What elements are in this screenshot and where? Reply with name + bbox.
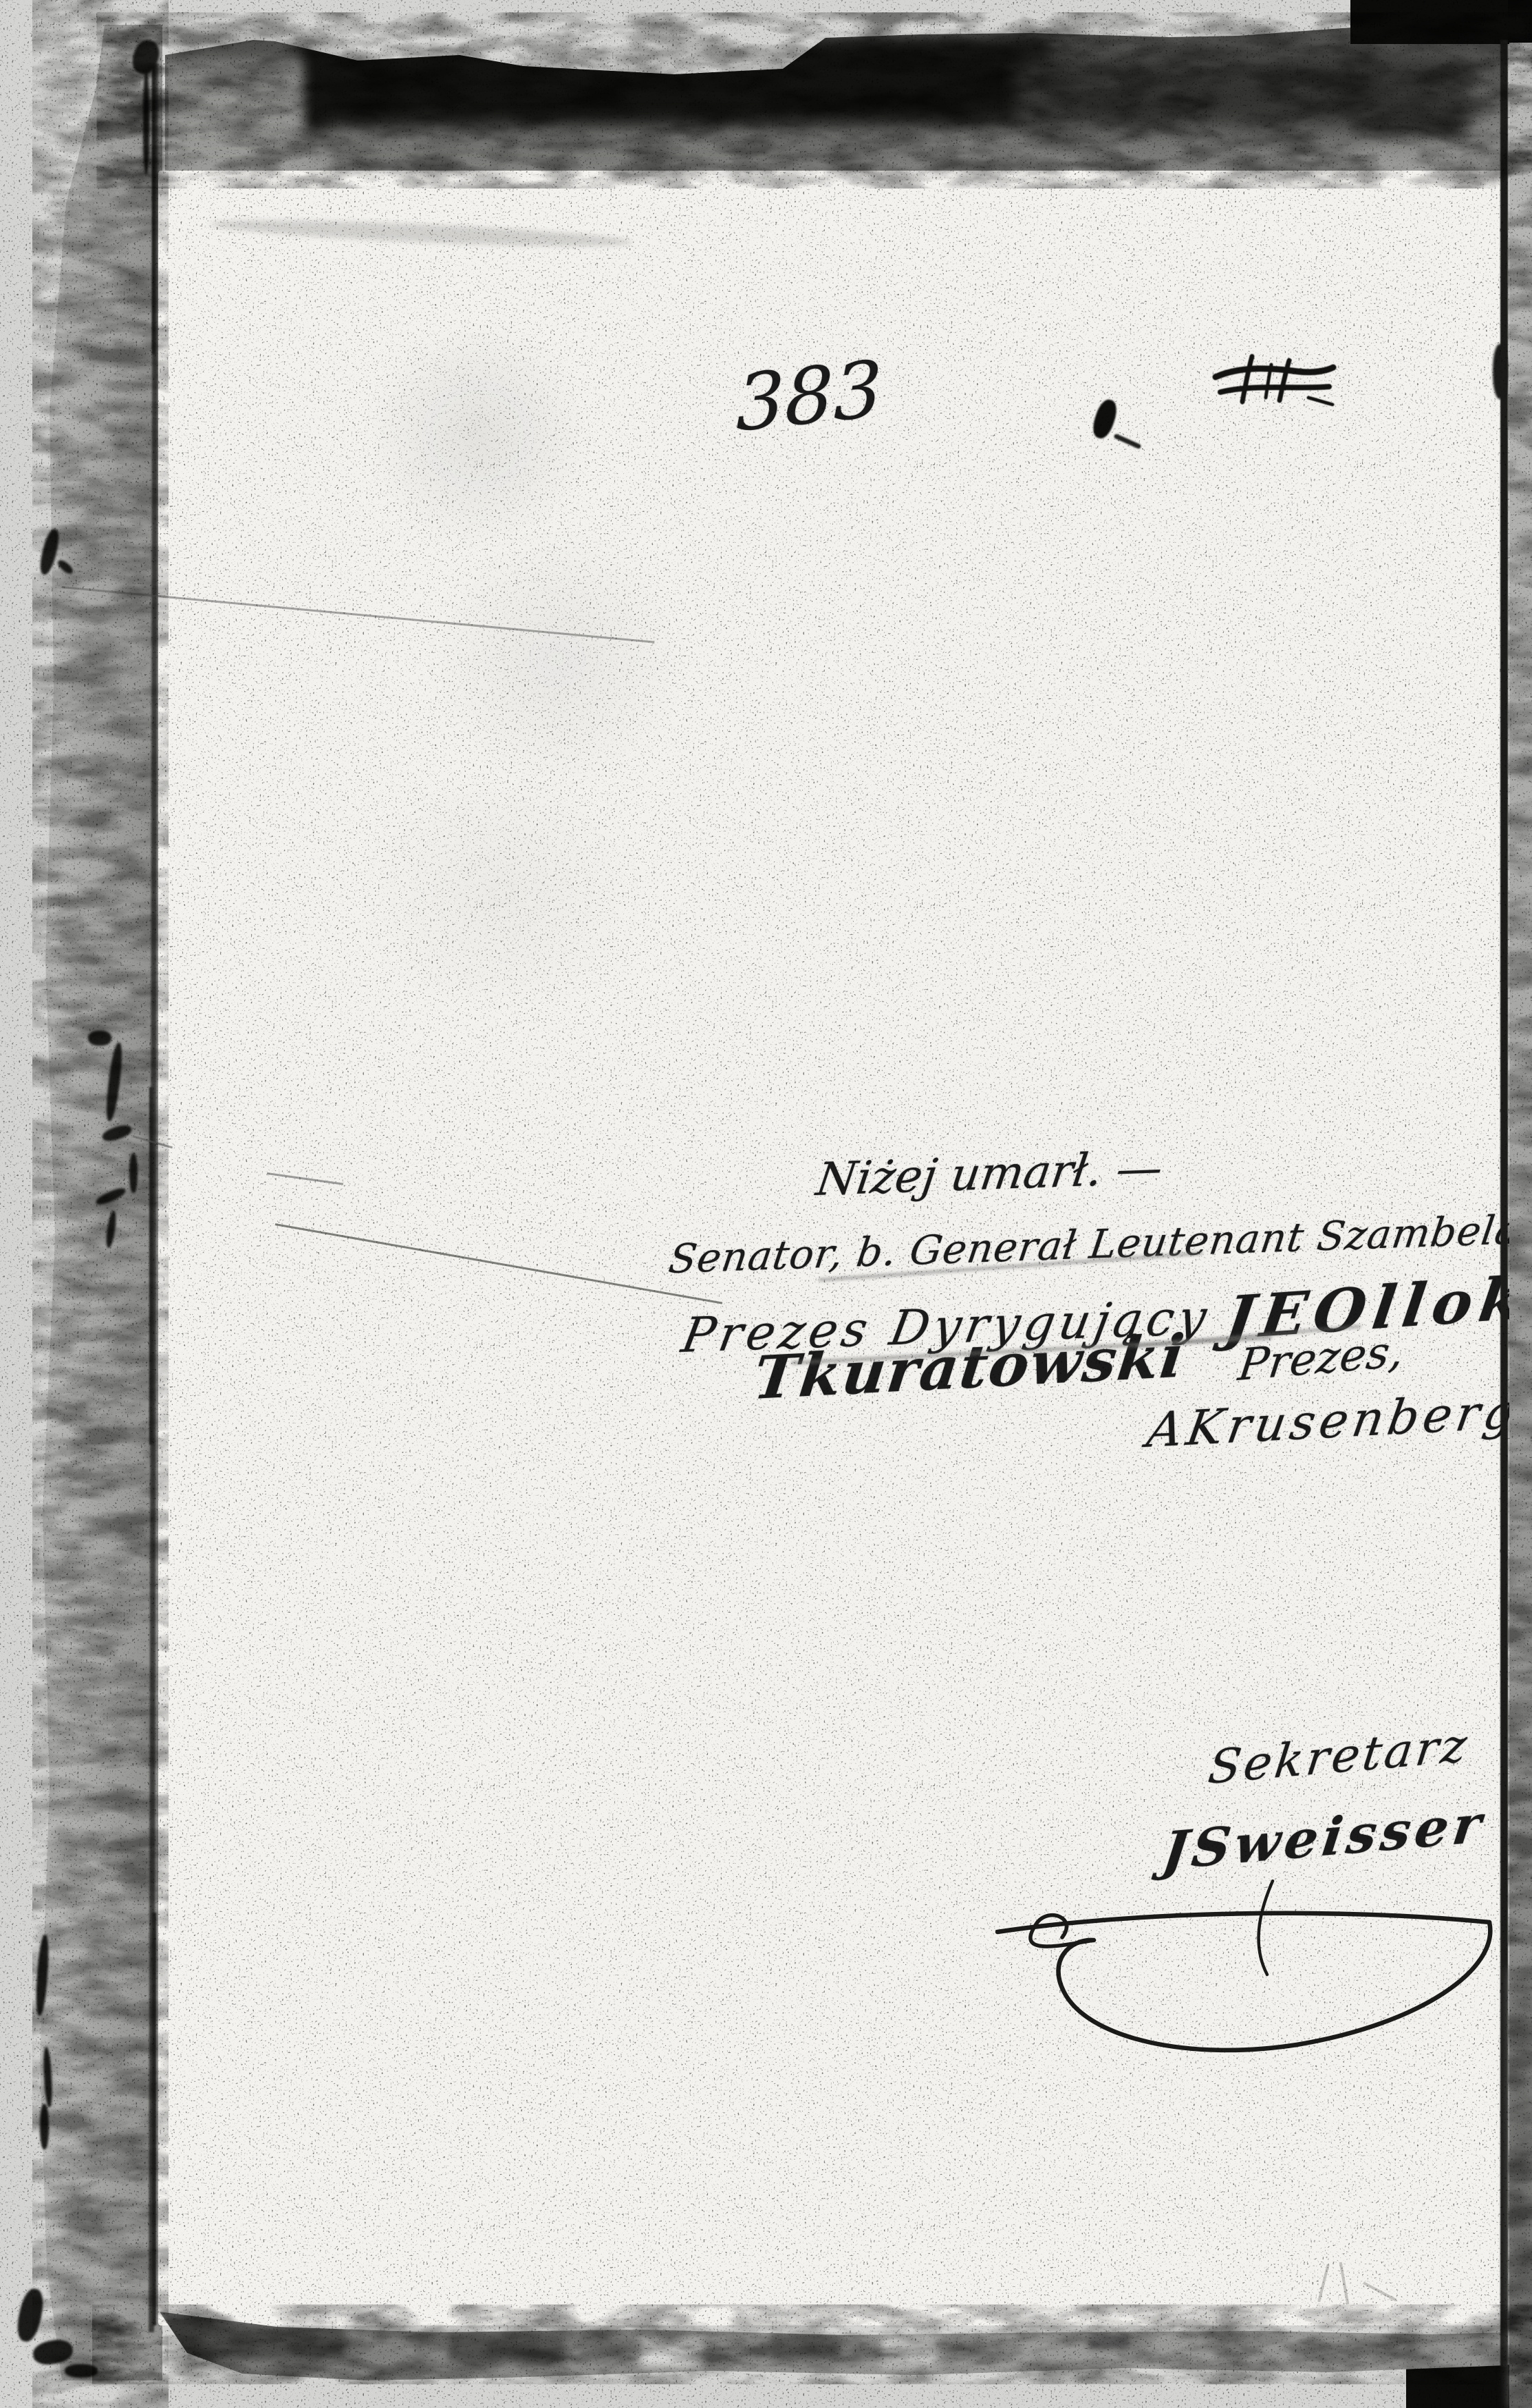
annotation-line: Niżej umarł. — (813, 1141, 1166, 1206)
stain-mark (65, 2364, 98, 2378)
scanned-document-photo: 383 Niżej umarł. — Senator, b. Generał L… (0, 0, 1532, 2408)
right-strip-dark-patch (1509, 1969, 1532, 2408)
bottom-edge-stain (201, 2324, 345, 2360)
right-edge-nick (1493, 344, 1508, 399)
top-binding-band (164, 21, 1505, 180)
title-line: Senator, b. Generał Leutenant Szambelan (666, 1205, 1532, 1282)
pencil-scribble (1363, 2281, 1397, 2301)
pencil-scratch (267, 1172, 343, 1185)
left-edge-crease-dark-3 (152, 1913, 156, 2325)
stain-mark (88, 1031, 111, 1046)
stain-mark (40, 2104, 49, 2149)
signature-flourish-paraph (977, 1878, 1500, 2064)
stain-mark (14, 2287, 47, 2344)
bleedthrough-stamp-ghost (365, 322, 592, 549)
pencil-scribble (1339, 2262, 1350, 2305)
secretary-role: Sekretarz (1205, 1719, 1472, 1795)
binding-shadow-dark (301, 40, 1051, 133)
secretary-signature: JSweisser (1159, 1793, 1489, 1882)
bleedthrough-stamp-ghost (427, 528, 688, 790)
bottom-edge-stain (1088, 2332, 1130, 2350)
bottom-edge-gap (641, 2339, 703, 2367)
bottom-edge-gap (882, 2336, 937, 2367)
pencil-scribble (1317, 2264, 1329, 2302)
bottom-edge-stain (772, 2334, 841, 2357)
bottom-edge-stain (449, 2331, 565, 2361)
stain-mark (129, 1153, 138, 1193)
page-number: 383 (736, 344, 883, 449)
crossed-out-scribble (1212, 351, 1336, 416)
photo-corner-black-bottom-right (1406, 2365, 1515, 2408)
photo-corner-black-top-right (1350, 0, 1532, 44)
right-photo-strip (1509, 43, 1532, 2408)
binding-light-corner (164, 62, 301, 179)
left-edge-crease-dark-1 (152, 65, 155, 354)
page: 383 Niżej umarł. — Senator, b. Generał L… (158, 171, 1504, 2325)
bleedthrough-stamp-ghost (330, 790, 674, 996)
stain-mark (143, 72, 149, 175)
bleedthrough-smudge (210, 215, 634, 252)
signature-right-2: AKrusenberg (1143, 1383, 1524, 1459)
ink-blot-tail (1113, 433, 1141, 449)
